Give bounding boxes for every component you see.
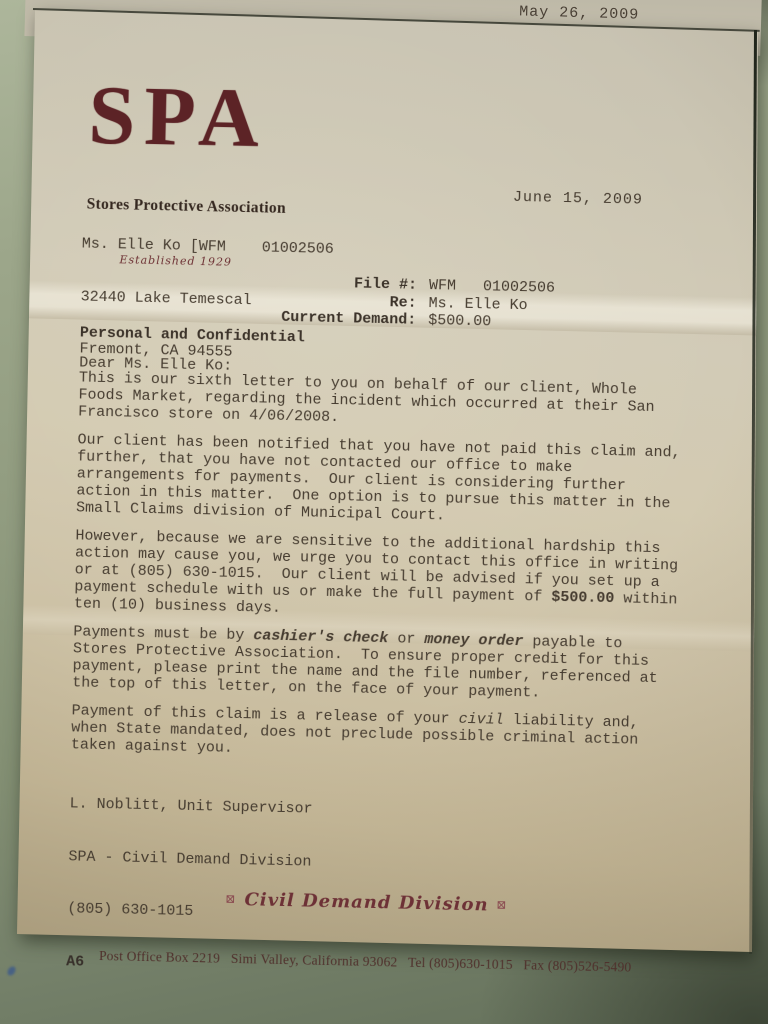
current-demand-label: Current Demand:: [244, 308, 416, 329]
letter-paragraph: This is our sixth letter to you on behal…: [78, 369, 685, 433]
letter-date: June 15, 2009: [513, 189, 643, 209]
ornament-icon: ⊠: [217, 892, 244, 907]
letter-paragraph: Payments must be by cashier's check or m…: [72, 623, 679, 704]
footer: ⊠Civil Demand Division⊠ Post Office Box …: [3, 848, 728, 1014]
footer-address: Post Office Box 2219 Simi Valley, Califo…: [4, 946, 726, 978]
signature-line: L. Noblitt, Unit Supervisor: [69, 795, 312, 818]
current-demand-value: $500.00: [428, 312, 554, 332]
letter-body: This is our sixth letter to you on behal…: [70, 369, 684, 777]
recipient-line: Ms. Elle Ko [WFM 01002506: [82, 235, 334, 258]
ornament-icon: ⊠: [488, 897, 515, 912]
spa-logo: SPA: [88, 76, 289, 160]
division-script-line: ⊠Civil Demand Division⊠: [5, 884, 727, 921]
letter-paragraph: Payment of this claim is a release of yo…: [71, 702, 678, 766]
letter-content: SPA Stores Protective Association Establ…: [4, 2, 746, 964]
letter-paragraph: However, because we are sensitive to the…: [74, 527, 682, 625]
letter-paragraph: Our client has been notified that you ha…: [76, 431, 684, 529]
division-script: Civil Demand Division: [244, 889, 488, 915]
photo-background: May 26, 2009 SPA Stores Protective Assoc…: [0, 0, 768, 1024]
reference-block: File #: WFM 01002506 Re: Ms. Elle Ko Cur…: [244, 273, 555, 332]
